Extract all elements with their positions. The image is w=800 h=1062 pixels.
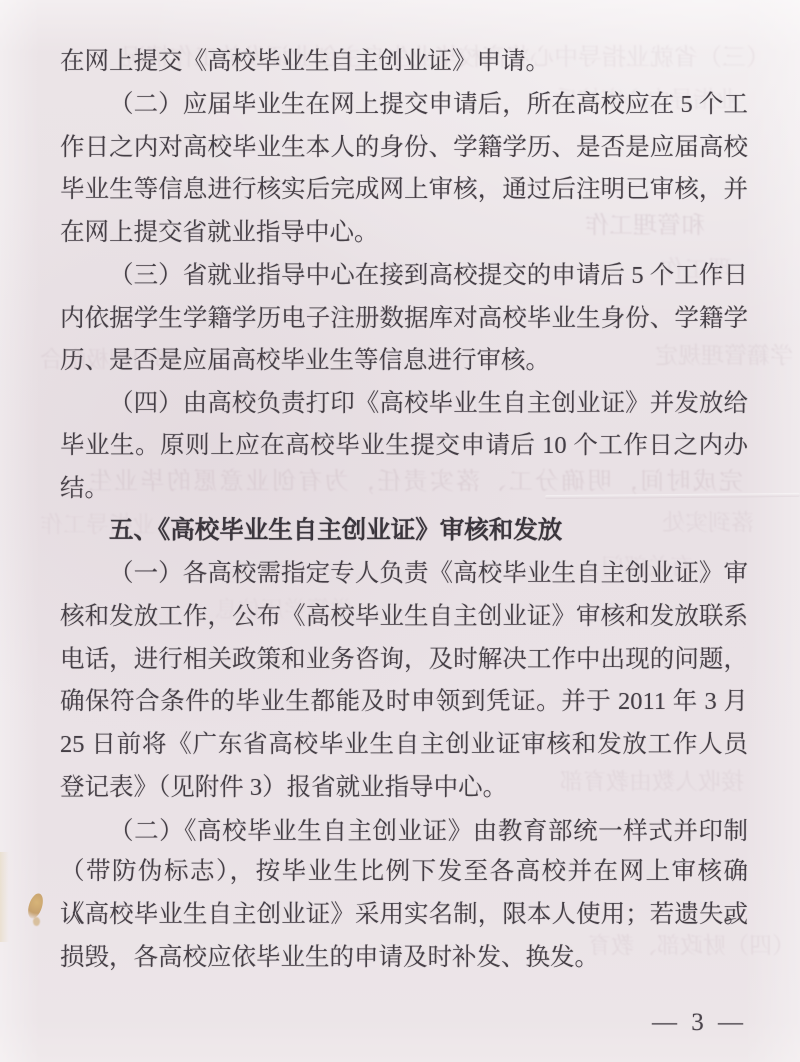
text-line: 作日之内对高校毕业生本人的身份、学籍学历、是否是应届高校 [60,126,748,169]
text-line: （四）由高校负责打印《高校毕业生自主创业证》并发放给 [60,382,748,425]
text-line: 《高校毕业生自主创业证》采用实名制，限本人使用；若遗失或 [60,893,748,936]
text-line: 电话，进行相关政策和业务咨询，及时解决工作中出现的问题， [60,638,748,681]
text-line: （一）各高校需指定专人负责《高校毕业生自主创业证》审 [60,552,748,595]
text-line: 内依据学生学籍学历电子注册数据库对高校毕业生身份、学籍学 [60,297,748,340]
text-line: （二）《高校毕业生自主创业证》由教育部统一样式并印制 [60,810,748,853]
text-line: （三）省就业指导中心在接到高校提交的申请后 5 个工作日 [60,254,748,297]
stain [33,917,40,926]
text-line: 核和发放工作，公布《高校毕业生自主创业证》审核和发放联系 [60,595,748,638]
text-line: 历、是否是应届高校毕业生等信息进行审核。 [60,339,748,382]
text-line: 确保符合条件的毕业生都能及时申领到凭证。并于 2011 年 3 月 [60,680,748,723]
text-line: 结。 [60,467,748,510]
text-line: 在网上提交《高校毕业生自主创业证》申请。 [60,40,748,83]
text-line: 毕业生等信息进行核实后完成网上审核，通过后注明已审核，并 [60,168,748,211]
page-number: — 3 — [652,1003,747,1043]
edge-smudge [0,852,9,942]
text-line: 25 日前将《广东省高校毕业生自主创业证审核和发放工作人员 [60,723,748,766]
section-heading: 五、《高校毕业生自主创业证》审核和发放 [60,509,748,552]
text-line: 损毁，各高校应依毕业生的申请及时补发、换发。 [60,936,748,979]
text-line: 毕业生。原则上应在高校毕业生提交申请后 10 个工作日之内办 [60,424,748,467]
text-line: 登记表》（见附件 3）报省就业指导中心。 [60,766,748,809]
text-line: 在网上提交省就业指导中心。 [60,211,748,254]
document-page: （三）省就业指导中心将高校毕业生自主创业证发放工作情况 业指导中心审核后 和管理… [0,0,800,1062]
text-line: （二）应届毕业生在网上提交申请后，所在高校应在 5 个工 [60,83,748,126]
text-line: （带防伪标志），按毕业生比例下发至各高校并在网上审核确认。 [60,850,748,893]
